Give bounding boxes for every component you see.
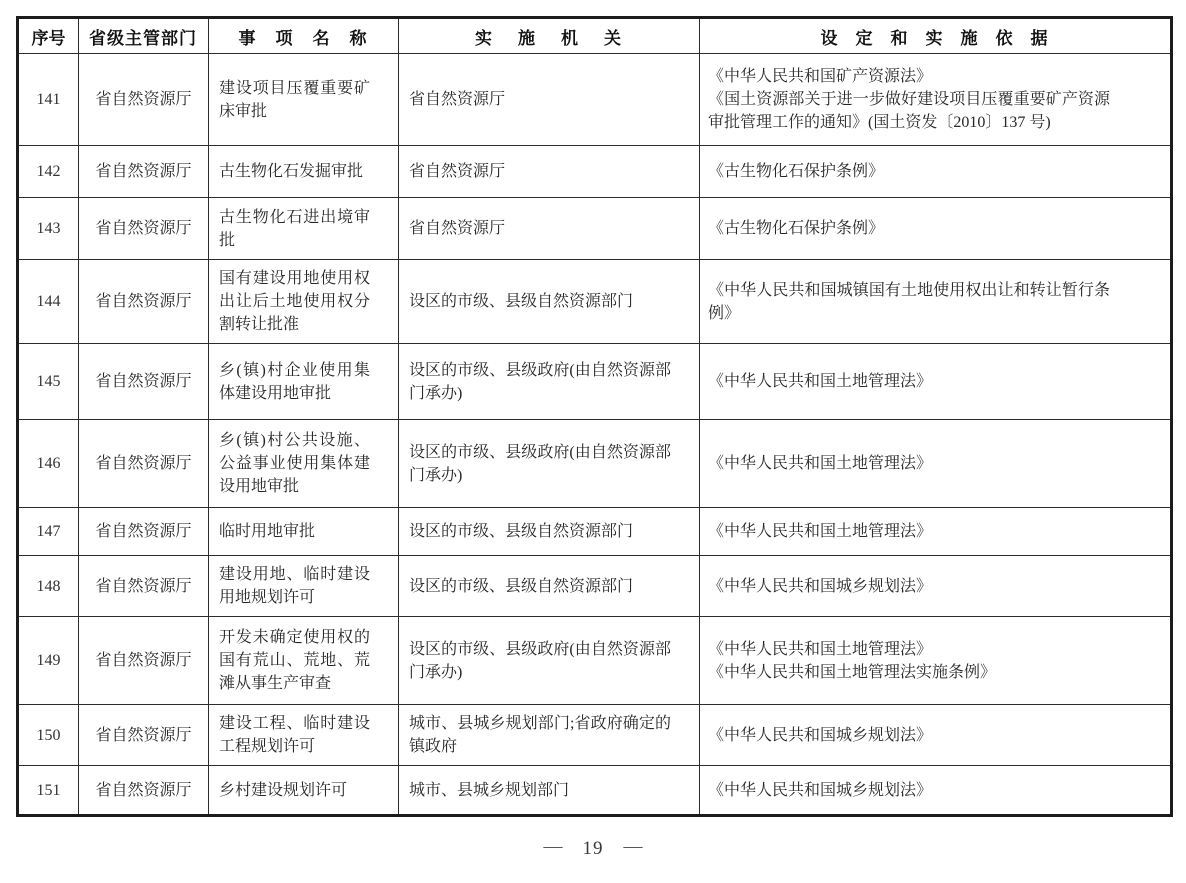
cell-agency: 城市、县城乡规划部门 [399, 766, 700, 816]
basis-entry: 《中华人民共和国土地管理法》 [708, 452, 1110, 475]
cell-item-name: 建设工程、临时建设工程规划许可 [209, 705, 399, 766]
table-row: 148 省自然资源厅 建设用地、临时建设用地规划许可 设区的市级、县级自然资源部… [18, 556, 1172, 617]
cell-item-name: 国有建设用地使用权出让后土地使用权分割转让批准 [209, 260, 399, 344]
col-header-item-name: 事项名称 [209, 18, 399, 54]
cell-department: 省自然资源厅 [79, 508, 209, 556]
cell-basis: 《中华人民共和国城乡规划法》 [700, 556, 1172, 617]
document-page: 序号 省级主管部门 事项名称 实施机关 设定和实施依据 141 省自然资源厅 建… [0, 0, 1186, 883]
cell-department: 省自然资源厅 [79, 766, 209, 816]
cell-department: 省自然资源厅 [79, 344, 209, 420]
cell-item-name: 开发未确定使用权的国有荒山、荒地、荒滩从事生产审查 [209, 617, 399, 705]
basis-entry: 《国土资源部关于进一步做好建设项目压覆重要矿产资源审批管理工作的通知》(国土资发… [708, 88, 1110, 134]
cell-department: 省自然资源厅 [79, 260, 209, 344]
footer-right-dash: — [624, 836, 643, 858]
col-header-agency: 实施机关 [399, 18, 700, 54]
cell-department: 省自然资源厅 [79, 556, 209, 617]
cell-basis: 《中华人民共和国城镇国有土地使用权出让和转让暂行条例》 [700, 260, 1172, 344]
cell-basis: 《古生物化石保护条例》 [700, 146, 1172, 198]
basis-entry: 《中华人民共和国城乡规划法》 [708, 724, 1110, 747]
cell-serial-number: 142 [18, 146, 79, 198]
col-header-basis: 设定和实施依据 [700, 18, 1172, 54]
basis-entry: 《中华人民共和国城镇国有土地使用权出让和转让暂行条例》 [708, 279, 1110, 325]
table-row: 149 省自然资源厅 开发未确定使用权的国有荒山、荒地、荒滩从事生产审查 设区的… [18, 617, 1172, 705]
cell-department: 省自然资源厅 [79, 146, 209, 198]
cell-serial-number: 145 [18, 344, 79, 420]
page-number: 19 [583, 838, 604, 860]
basis-entry: 《中华人民共和国土地管理法》 [708, 638, 1110, 661]
approval-items-table: 序号 省级主管部门 事项名称 实施机关 设定和实施依据 141 省自然资源厅 建… [16, 16, 1173, 817]
table-row: 141 省自然资源厅 建设项目压覆重要矿床审批 省自然资源厅 《中华人民共和国矿… [18, 54, 1172, 146]
basis-entry: 《中华人民共和国土地管理法实施条例》 [708, 661, 1110, 684]
cell-serial-number: 147 [18, 508, 79, 556]
table-row: 147 省自然资源厅 临时用地审批 设区的市级、县级自然资源部门 《中华人民共和… [18, 508, 1172, 556]
col-header-index: 序号 [18, 18, 79, 54]
cell-department: 省自然资源厅 [79, 617, 209, 705]
table-row: 145 省自然资源厅 乡(镇)村企业使用集体建设用地审批 设区的市级、县级政府(… [18, 344, 1172, 420]
page-footer: —19— [0, 838, 1186, 860]
cell-agency: 设区的市级、县级政府(由自然资源部门承办) [399, 344, 700, 420]
basis-entry: 《古生物化石保护条例》 [708, 217, 1110, 240]
cell-basis: 《中华人民共和国土地管理法》 [700, 508, 1172, 556]
cell-serial-number: 151 [18, 766, 79, 816]
cell-agency: 设区的市级、县级政府(由自然资源部门承办) [399, 617, 700, 705]
cell-agency: 省自然资源厅 [399, 198, 700, 260]
cell-basis: 《中华人民共和国土地管理法》《中华人民共和国土地管理法实施条例》 [700, 617, 1172, 705]
cell-serial-number: 149 [18, 617, 79, 705]
table-row: 146 省自然资源厅 乡(镇)村公共设施、公益事业使用集体建设用地审批 设区的市… [18, 420, 1172, 508]
cell-basis: 《古生物化石保护条例》 [700, 198, 1172, 260]
cell-item-name: 乡(镇)村企业使用集体建设用地审批 [209, 344, 399, 420]
cell-serial-number: 148 [18, 556, 79, 617]
cell-department: 省自然资源厅 [79, 54, 209, 146]
cell-item-name: 古生物化石进出境审批 [209, 198, 399, 260]
cell-serial-number: 143 [18, 198, 79, 260]
table-row: 144 省自然资源厅 国有建设用地使用权出让后土地使用权分割转让批准 设区的市级… [18, 260, 1172, 344]
cell-agency: 省自然资源厅 [399, 146, 700, 198]
table-row: 143 省自然资源厅 古生物化石进出境审批 省自然资源厅 《古生物化石保护条例》 [18, 198, 1172, 260]
cell-item-name: 临时用地审批 [209, 508, 399, 556]
table-row: 150 省自然资源厅 建设工程、临时建设工程规划许可 城市、县城乡规划部门;省政… [18, 705, 1172, 766]
table-body: 141 省自然资源厅 建设项目压覆重要矿床审批 省自然资源厅 《中华人民共和国矿… [18, 54, 1172, 816]
cell-serial-number: 144 [18, 260, 79, 344]
cell-item-name: 古生物化石发掘审批 [209, 146, 399, 198]
cell-basis: 《中华人民共和国矿产资源法》《国土资源部关于进一步做好建设项目压覆重要矿产资源审… [700, 54, 1172, 146]
table-row: 151 省自然资源厅 乡村建设规划许可 城市、县城乡规划部门 《中华人民共和国城… [18, 766, 1172, 816]
table-header-row: 序号 省级主管部门 事项名称 实施机关 设定和实施依据 [18, 18, 1172, 54]
cell-serial-number: 146 [18, 420, 79, 508]
table-row: 142 省自然资源厅 古生物化石发掘审批 省自然资源厅 《古生物化石保护条例》 [18, 146, 1172, 198]
cell-item-name: 建设用地、临时建设用地规划许可 [209, 556, 399, 617]
cell-item-name: 建设项目压覆重要矿床审批 [209, 54, 399, 146]
cell-agency: 城市、县城乡规划部门;省政府确定的镇政府 [399, 705, 700, 766]
cell-basis: 《中华人民共和国土地管理法》 [700, 420, 1172, 508]
cell-agency: 省自然资源厅 [399, 54, 700, 146]
col-header-department: 省级主管部门 [79, 18, 209, 54]
cell-item-name: 乡(镇)村公共设施、公益事业使用集体建设用地审批 [209, 420, 399, 508]
cell-department: 省自然资源厅 [79, 198, 209, 260]
cell-agency: 设区的市级、县级自然资源部门 [399, 260, 700, 344]
basis-entry: 《中华人民共和国土地管理法》 [708, 370, 1110, 393]
basis-entry: 《中华人民共和国城乡规划法》 [708, 779, 1110, 802]
cell-serial-number: 150 [18, 705, 79, 766]
basis-entry: 《中华人民共和国矿产资源法》 [708, 65, 1110, 88]
basis-entry: 《中华人民共和国城乡规划法》 [708, 575, 1110, 598]
basis-entry: 《中华人民共和国土地管理法》 [708, 520, 1110, 543]
footer-left-dash: — [544, 836, 563, 858]
cell-basis: 《中华人民共和国土地管理法》 [700, 344, 1172, 420]
cell-department: 省自然资源厅 [79, 420, 209, 508]
cell-agency: 设区的市级、县级政府(由自然资源部门承办) [399, 420, 700, 508]
cell-agency: 设区的市级、县级自然资源部门 [399, 556, 700, 617]
cell-item-name: 乡村建设规划许可 [209, 766, 399, 816]
cell-basis: 《中华人民共和国城乡规划法》 [700, 766, 1172, 816]
cell-department: 省自然资源厅 [79, 705, 209, 766]
cell-basis: 《中华人民共和国城乡规划法》 [700, 705, 1172, 766]
basis-entry: 《古生物化石保护条例》 [708, 160, 1110, 183]
cell-agency: 设区的市级、县级自然资源部门 [399, 508, 700, 556]
cell-serial-number: 141 [18, 54, 79, 146]
